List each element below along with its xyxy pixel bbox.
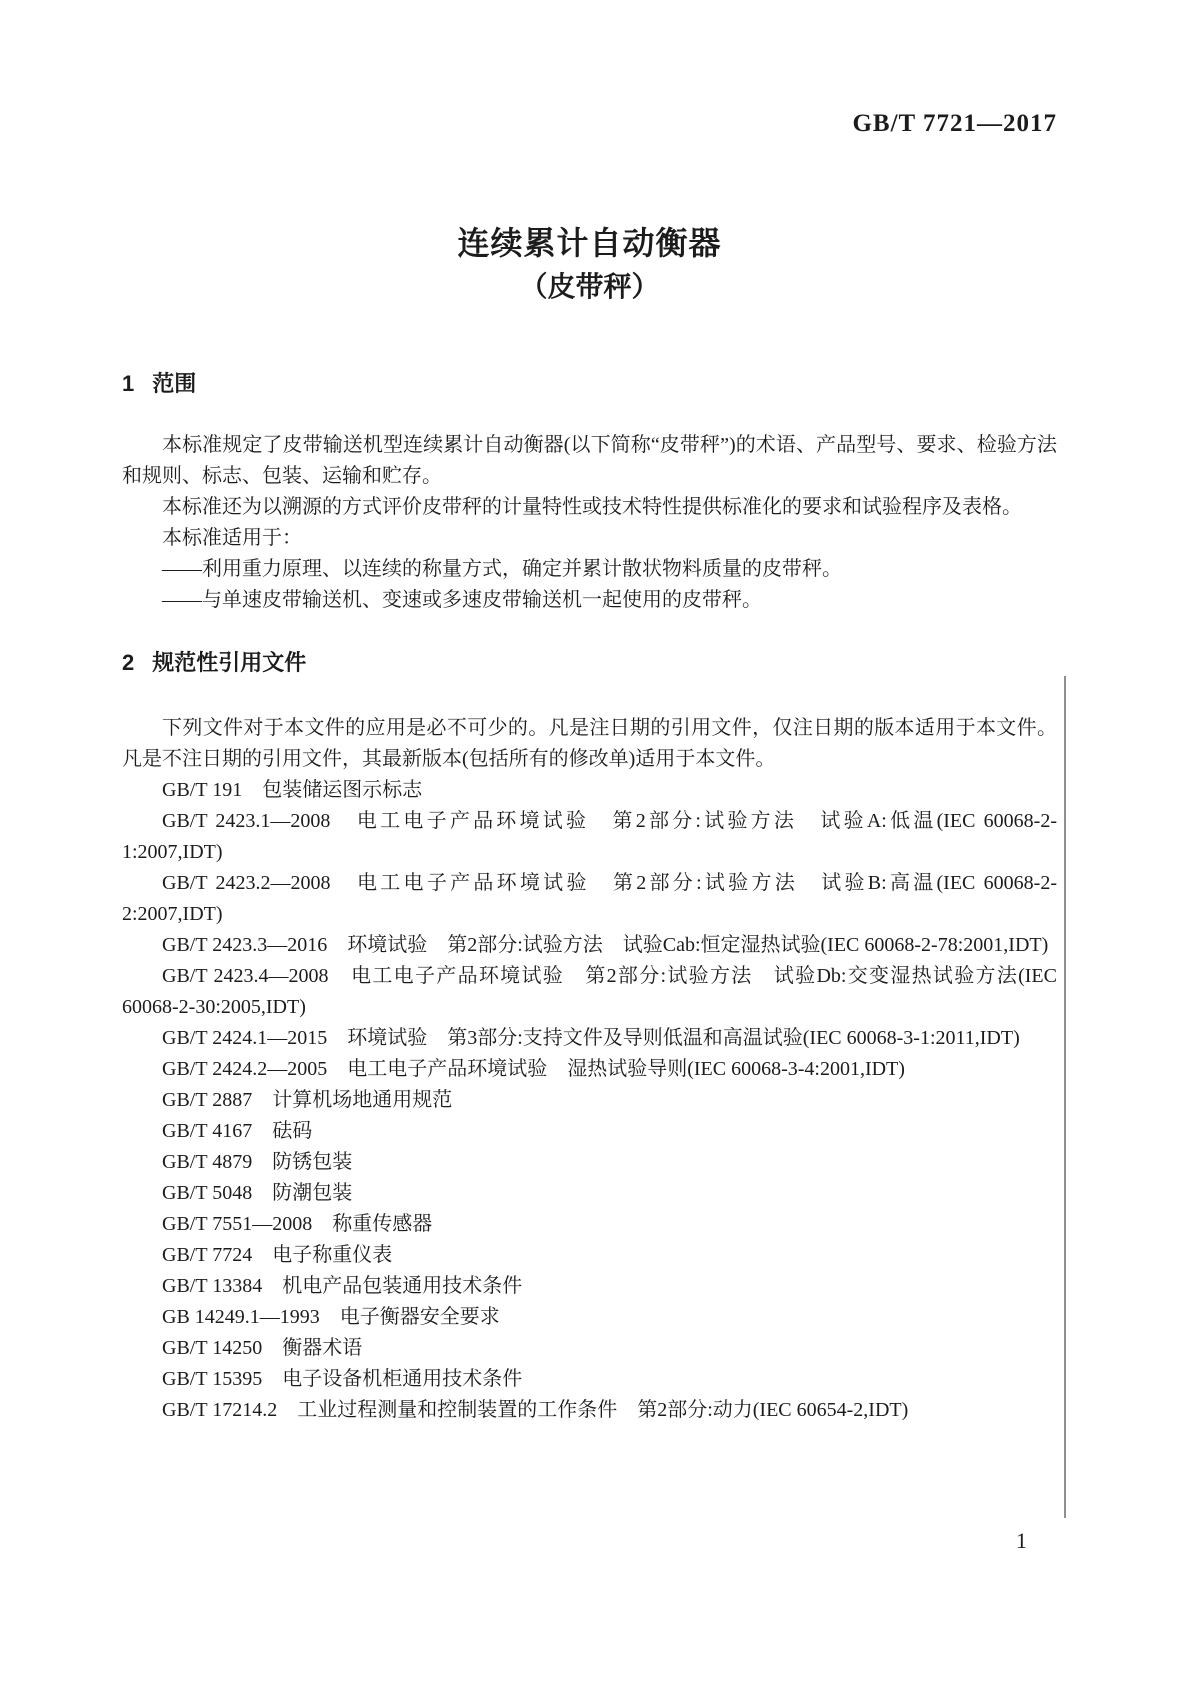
section-2-title: 规范性引用文件 [152,650,306,675]
paragraph: 本标准适用于： [122,523,1057,554]
reference-item: GB/T 2423.4—2008 电工电子产品环境试验 第2部分:试验方法 试验… [122,961,1057,1023]
dash-list-item: ——利用重力原理、以连续的称量方式，确定并累计散状物料质量的皮带秤。 [122,554,1057,585]
reference-item: GB/T 2423.2—2008 电工电子产品环境试验 第2部分:试验方法 试验… [122,868,1057,930]
reference-item: GB/T 2424.2—2005 电工电子产品环境试验 湿热试验导则(IEC 6… [122,1054,1057,1085]
paragraph: 本标准规定了皮带输送机型连续累计自动衡器(以下简称“皮带秤”)的术语、产品型号、… [122,430,1057,492]
reference-item: GB/T 2423.1—2008 电工电子产品环境试验 第2部分:试验方法 试验… [122,806,1057,868]
reference-item: GB/T 4167 砝码 [122,1116,1057,1147]
reference-item: GB/T 2887 计算机场地通用规范 [122,1085,1057,1116]
section-2-intro: 下列文件对于本文件的应用是必不可少的。凡是注日期的引用文件，仅注日期的版本适用于… [122,713,1057,775]
reference-item: GB/T 15395 电子设备机柜通用技术条件 [122,1364,1057,1395]
reference-item: GB/T 2424.1—2015 环境试验 第3部分:支持文件及导则低温和高温试… [122,1023,1057,1054]
reference-item: GB/T 17214.2 工业过程测量和控制装置的工作条件 第2部分:动力(IE… [122,1395,1057,1426]
dash-list-item: ——与单速皮带输送机、变速或多速皮带输送机一起使用的皮带秤。 [122,585,1057,616]
section-1-dash-list: ——利用重力原理、以连续的称量方式，确定并累计散状物料质量的皮带秤。——与单速皮… [122,554,1057,616]
reference-list: GB/T 191 包装储运图示标志GB/T 2423.1—2008 电工电子产品… [122,775,1057,1426]
document-subtitle: （皮带秤） [122,272,1057,302]
section-2-number: 2 [122,650,134,675]
page-content: 连续累计自动衡器 （皮带秤） 1范围 本标准规定了皮带输送机型连续累计自动衡器(… [122,0,1057,1426]
section-2-heading: 2规范性引用文件 [122,647,1057,678]
reference-item: GB/T 5048 防潮包装 [122,1178,1057,1209]
reference-item: GB/T 2423.3—2016 环境试验 第2部分:试验方法 试验Cab:恒定… [122,930,1057,961]
reference-item: GB/T 7724 电子称重仪表 [122,1240,1057,1271]
section-1-title: 范围 [152,371,196,396]
document-page: GB/T 7721—2017 连续累计自动衡器 （皮带秤） 1范围 本标准规定了… [0,0,1191,1684]
reference-item: GB/T 7551—2008 称重传感器 [122,1209,1057,1240]
reference-item: GB/T 14250 衡器术语 [122,1333,1057,1364]
section-1-number: 1 [122,371,134,396]
reference-item: GB/T 191 包装储运图示标志 [122,775,1057,806]
revision-mark-line [1064,676,1066,1518]
section-1-heading: 1范围 [122,368,1057,399]
section-1-paragraphs: 本标准规定了皮带输送机型连续累计自动衡器(以下简称“皮带秤”)的术语、产品型号、… [122,430,1057,554]
reference-item: GB 14249.1—1993 电子衡器安全要求 [122,1302,1057,1333]
reference-item: GB/T 4879 防锈包装 [122,1147,1057,1178]
reference-item: GB/T 13384 机电产品包装通用技术条件 [122,1271,1057,1302]
paragraph: 本标准还为以溯源的方式评价皮带秤的计量特性或技术特性提供标准化的要求和试验程序及… [122,492,1057,523]
document-title: 连续累计自动衡器 [122,0,1057,260]
page-number: 1 [1016,1528,1027,1554]
